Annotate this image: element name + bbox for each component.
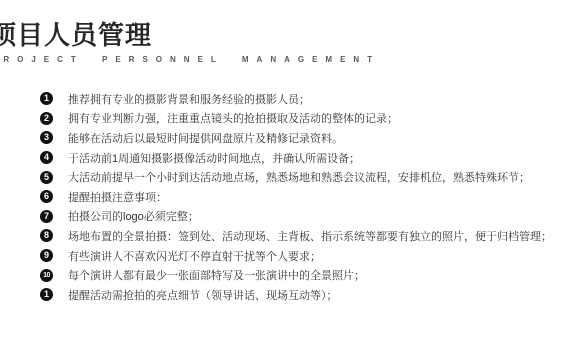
item-number-badge: 5 <box>40 171 53 184</box>
list-item: 4 于活动前1周通知摄影摄像活动时间地点，并确认所需设备； <box>40 148 565 168</box>
item-number-badge: 4 <box>40 151 53 164</box>
item-number-badge: 8 <box>40 229 53 242</box>
slide-header: 项目人员管理 PROJECT PERSONNEL MANAGEMENT <box>0 20 380 64</box>
item-text: 提醒拍摄注意事项： <box>68 189 167 205</box>
list-item: 5 大活动前提早一个小时到达活动地点场，熟悉场地和熟悉会议流程，安排机位，熟悉特… <box>40 167 565 187</box>
item-number-badge: 9 <box>40 249 53 262</box>
item-number-badge: 1 <box>40 288 53 301</box>
list-item: 2 拥有专业判断力强，注重重点镜头的抢拍摄取及活动的整体的记录； <box>40 109 565 129</box>
item-number-badge: 3 <box>40 131 53 144</box>
item-text: 每个演讲人都有最少一张面部特写及一张演讲中的全景照片； <box>68 267 365 283</box>
numbered-list: 1 推荐拥有专业的摄影背景和服务经验的摄影人员； 2 拥有专业判断力强，注重重点… <box>40 89 565 305</box>
item-text: 推荐拥有专业的摄影背景和服务经验的摄影人员； <box>68 91 310 107</box>
item-text: 拥有专业判断力强，注重重点镜头的抢拍摄取及活动的整体的记录； <box>68 110 398 126</box>
list-item: 8 场地布置的全景拍摄：签到处、活动现场、主背板、指示系统等都要有独立的照片，便… <box>40 226 565 246</box>
item-text: 拍摄公司的logo必须完整； <box>68 208 199 224</box>
item-text: 于活动前1周通知摄影摄像活动时间地点，并确认所需设备； <box>68 150 360 166</box>
list-item: 1 推荐拥有专业的摄影背景和服务经验的摄影人员； <box>40 89 565 109</box>
item-text: 提醒活动需抢拍的亮点细节（领导讲话、现场互动等）； <box>68 287 338 303</box>
list-item: 7 拍摄公司的logo必须完整； <box>40 207 565 227</box>
item-text: 场地布置的全景拍摄：签到处、活动现场、主背板、指示系统等都要有独立的照片，便于归… <box>68 228 552 244</box>
list-item: 9 有些演讲人不喜欢闪光灯不停直射干扰等个人要求； <box>40 246 565 266</box>
item-text: 有些演讲人不喜欢闪光灯不停直射干扰等个人要求； <box>68 248 321 264</box>
list-item: 6 提醒拍摄注意事项： <box>40 187 565 207</box>
list-item: 10 每个演讲人都有最少一张面部特写及一张演讲中的全景照片； <box>40 265 565 285</box>
list-item: 3 能够在活动后以最短时间提供网盘原片及精修记录资料。 <box>40 128 565 148</box>
item-text: 能够在活动后以最短时间提供网盘原片及精修记录资料。 <box>68 130 343 146</box>
item-text: 大活动前提早一个小时到达活动地点场，熟悉场地和熟悉会议流程，安排机位，熟悉特殊环… <box>68 169 530 185</box>
page-subtitle: PROJECT PERSONNEL MANAGEMENT <box>0 55 380 64</box>
list-item: 1 提醒活动需抢拍的亮点细节（领导讲话、现场互动等）； <box>40 285 565 305</box>
item-number-badge: 10 <box>40 269 53 282</box>
item-number-badge: 1 <box>40 92 53 105</box>
item-number-badge: 6 <box>40 190 53 203</box>
page-title: 项目人员管理 <box>0 20 380 51</box>
item-number-badge: 2 <box>40 112 53 125</box>
item-number-badge: 7 <box>40 210 53 223</box>
slide-background: 项目人员管理 PROJECT PERSONNEL MANAGEMENT 1 推荐… <box>0 0 570 360</box>
